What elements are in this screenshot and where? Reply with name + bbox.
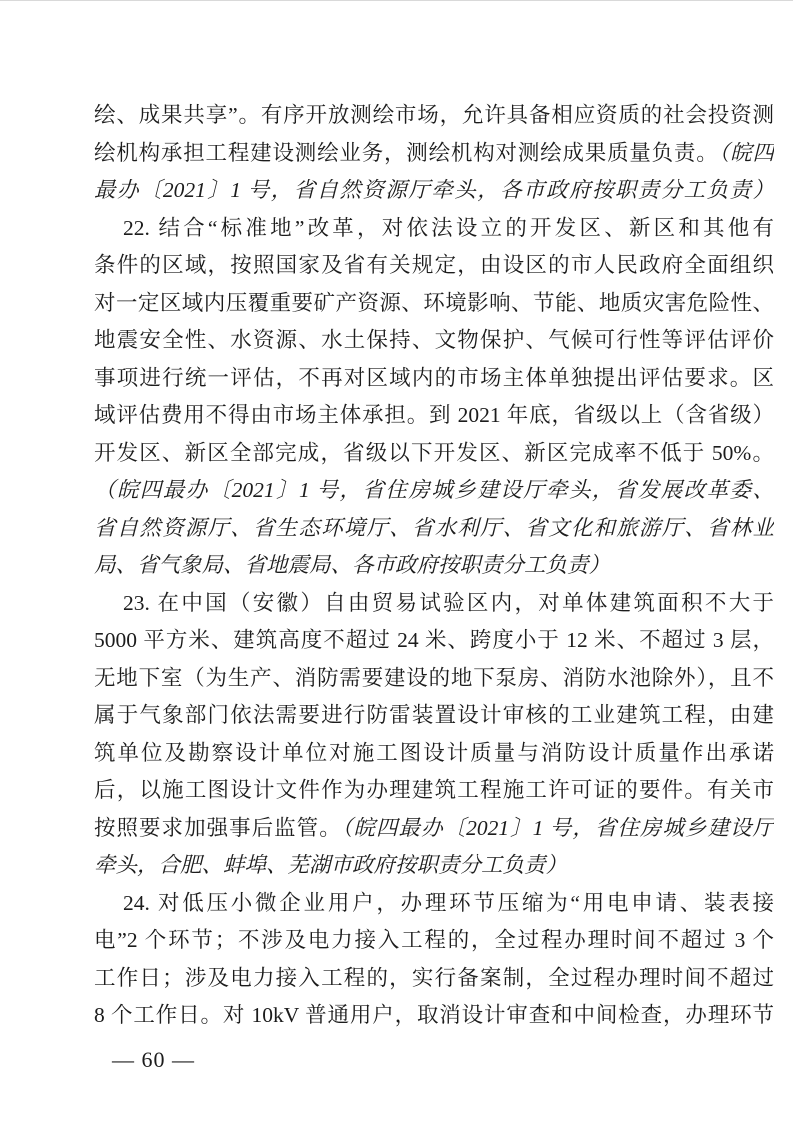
attribution-note-run: （皖四 [719,141,774,165]
text-line: 24. 对低压小微企业用户，办理环节压缩为“用电申请、装表接 [94,885,774,923]
text-line: 绘机构承担工程建设测绘业务，测绘机构对测绘成果质量负责。（皖四 [94,135,774,173]
body-text-run: 对一定区域内压覆重要矿产资源、环境影响、节能、地质灾害危险性、 [94,291,774,315]
body-text-run: 无地下室（为生产、消防需要建设的地下泵房、消防水池除外），且不 [94,666,774,690]
text-line: 5000 平方米、建筑高度不超过 24 米、跨度小于 12 米、不超过 3 层， [94,622,774,660]
attribution-note-run: 局、省气象局、省地震局、各市政府按职责分工负责） [94,553,610,577]
body-text-run: 地震安全性、水资源、水土保持、文物保护、气候可行性等评估评价 [94,328,774,352]
text-line: 局、省气象局、省地震局、各市政府按职责分工负责） [94,547,774,585]
text-line: 地震安全性、水资源、水土保持、文物保护、气候可行性等评估评价 [94,322,774,360]
attribution-note-run: （皖四最办〔2021〕1 号，省住房城乡建设厅牵头，省发展改革委、 [94,478,774,502]
text-line: 最办〔2021〕1 号，省自然资源厅牵头，各市政府按职责分工负责） [94,172,774,210]
body-text-run: 绘机构承担工程建设测绘业务，测绘机构对测绘成果质量负责。 [94,141,719,165]
body-text-run: 筑单位及勘察设计单位对施工图设计质量与消防设计质量作出承诺 [94,741,774,765]
body-text-run: 条件的区域，按照国家及省有关规定，由设区的市人民政府全面组织 [94,253,774,277]
document-page: 绘、成果共享”。有序开放测绘市场，允许具备相应资质的社会投资测绘机构承担工程建设… [0,0,793,1122]
text-line: 开发区、新区全部完成，省级以下开发区、新区完成率不低于 50%。 [94,435,774,473]
text-line: （皖四最办〔2021〕1 号，省住房城乡建设厅牵头，省发展改革委、 [94,472,774,510]
body-text-run: 工作日；涉及电力接入工程的，实行备案制，全过程办理时间不超过 [94,966,774,990]
text-line: 电”2 个环节；不涉及电力接入工程的，全过程办理时间不超过 3 个 [94,922,774,960]
body-text-run: 属于气象部门依法需要进行防雷装置设计审核的工业建筑工程，由建 [94,703,774,727]
text-line: 省自然资源厅、省生态环境厅、省水利厅、省文化和旅游厅、省林业 [94,510,774,548]
text-line: 域评估费用不得由市场主体承担。到 2021 年底，省级以上（含省级） [94,397,774,435]
scan-edge-artifact [0,0,793,1]
text-line: 筑单位及勘察设计单位对施工图设计质量与消防设计质量作出承诺 [94,735,774,773]
text-line: 工作日；涉及电力接入工程的，实行备案制，全过程办理时间不超过 [94,960,774,998]
page-number: — 60 — [112,1047,195,1072]
text-line: 8 个工作日。对 10kV 普通用户，取消设计审查和中间检查，办理环节 [94,997,774,1035]
text-line: 牵头，合肥、蚌埠、芜湖市政府按职责分工负责） [94,847,774,885]
text-line: 22. 结合“标准地”改革，对依法设立的开发区、新区和其他有 [94,210,774,248]
text-line: 属于气象部门依法需要进行防雷装置设计审核的工业建筑工程，由建 [94,697,774,735]
body-text-run: 23. 在中国（安徽）自由贸易试验区内，对单体建筑面积不大于 [123,591,774,615]
attribution-note-run: 牵头，合肥、蚌埠、芜湖市政府按职责分工负责） [94,853,567,877]
body-text-run: 绘、成果共享”。有序开放测绘市场，允许具备相应资质的社会投资测 [94,103,774,127]
body-text-run: 事项进行统一评估，不再对区域内的市场主体单独提出评估要求。区 [94,366,774,390]
text-line: 对一定区域内压覆重要矿产资源、环境影响、节能、地质灾害危险性、 [94,285,774,323]
body-text-run: 5000 平方米、建筑高度不超过 24 米、跨度小于 12 米、不超过 3 层， [94,628,774,652]
body-text-run: 8 个工作日。对 10kV 普通用户，取消设计审查和中间检查，办理环节 [94,1003,774,1027]
body-text-run: 开发区、新区全部完成，省级以下开发区、新区完成率不低于 50%。 [94,441,774,465]
body-text-run: 域评估费用不得由市场主体承担。到 2021 年底，省级以上（含省级） [94,403,774,427]
body-text-run: 24. 对低压小微企业用户，办理环节压缩为“用电申请、装表接 [123,891,774,915]
attribution-note-run: 省自然资源厅、省生态环境厅、省水利厅、省文化和旅游厅、省林业 [94,516,774,540]
text-line: 事项进行统一评估，不再对区域内的市场主体单独提出评估要求。区 [94,360,774,398]
text-line: 23. 在中国（安徽）自由贸易试验区内，对单体建筑面积不大于 [94,585,774,623]
body-text-run: 后，以施工图设计文件作为办理建筑工程施工许可证的要件。有关市 [94,778,774,802]
body-text-run: 按照要求加强事后监管。 [94,816,342,840]
attribution-note-run: （皖四最办〔2021〕1 号，省住房城乡建设厅 [342,816,774,840]
text-line: 后，以施工图设计文件作为办理建筑工程施工许可证的要件。有关市 [94,772,774,810]
text-line: 按照要求加强事后监管。（皖四最办〔2021〕1 号，省住房城乡建设厅 [94,810,774,848]
text-line: 条件的区域，按照国家及省有关规定，由设区的市人民政府全面组织 [94,247,774,285]
body-text-run: 22. 结合“标准地”改革，对依法设立的开发区、新区和其他有 [123,216,774,240]
text-line: 绘、成果共享”。有序开放测绘市场，允许具备相应资质的社会投资测 [94,97,774,135]
text-line: 无地下室（为生产、消防需要建设的地下泵房、消防水池除外），且不 [94,660,774,698]
document-body: 绘、成果共享”。有序开放测绘市场，允许具备相应资质的社会投资测绘机构承担工程建设… [94,97,774,1035]
page-footer: — 60 — [112,1046,195,1074]
body-text-run: 电”2 个环节；不涉及电力接入工程的，全过程办理时间不超过 3 个 [94,928,774,952]
attribution-note-run: 最办〔2021〕1 号，省自然资源厅牵头，各市政府按职责分工负责） [94,178,774,202]
